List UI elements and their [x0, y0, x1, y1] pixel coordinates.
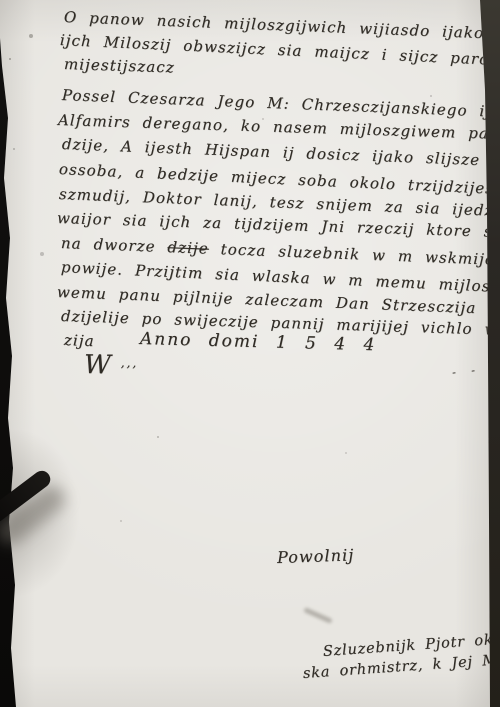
- w-letter: W: [84, 350, 112, 380]
- document-scan: O panow nasich mijloszgijwich wijiasdo i…: [0, 0, 500, 707]
- stray-pen-marks: - -: [451, 363, 478, 379]
- date-prefix: zija: [64, 331, 95, 350]
- manuscript-line: mijestijszacz: [64, 55, 175, 76]
- w-ticks: ,,,: [121, 356, 139, 370]
- struck-word: dzije: [167, 238, 209, 258]
- w-initial-mark: W,,,: [84, 350, 139, 381]
- docket-word: Powolnij: [277, 545, 355, 567]
- ink-smudge: [303, 607, 332, 624]
- paper-speckles: [0, 0, 2, 2]
- paper-sheet: O panow nasich mijloszgijwich wijiasdo i…: [0, 0, 500, 707]
- line-segment: tocza sluzebnik w m wskmije wsz: [220, 240, 500, 270]
- line-segment: na dworze: [61, 234, 156, 256]
